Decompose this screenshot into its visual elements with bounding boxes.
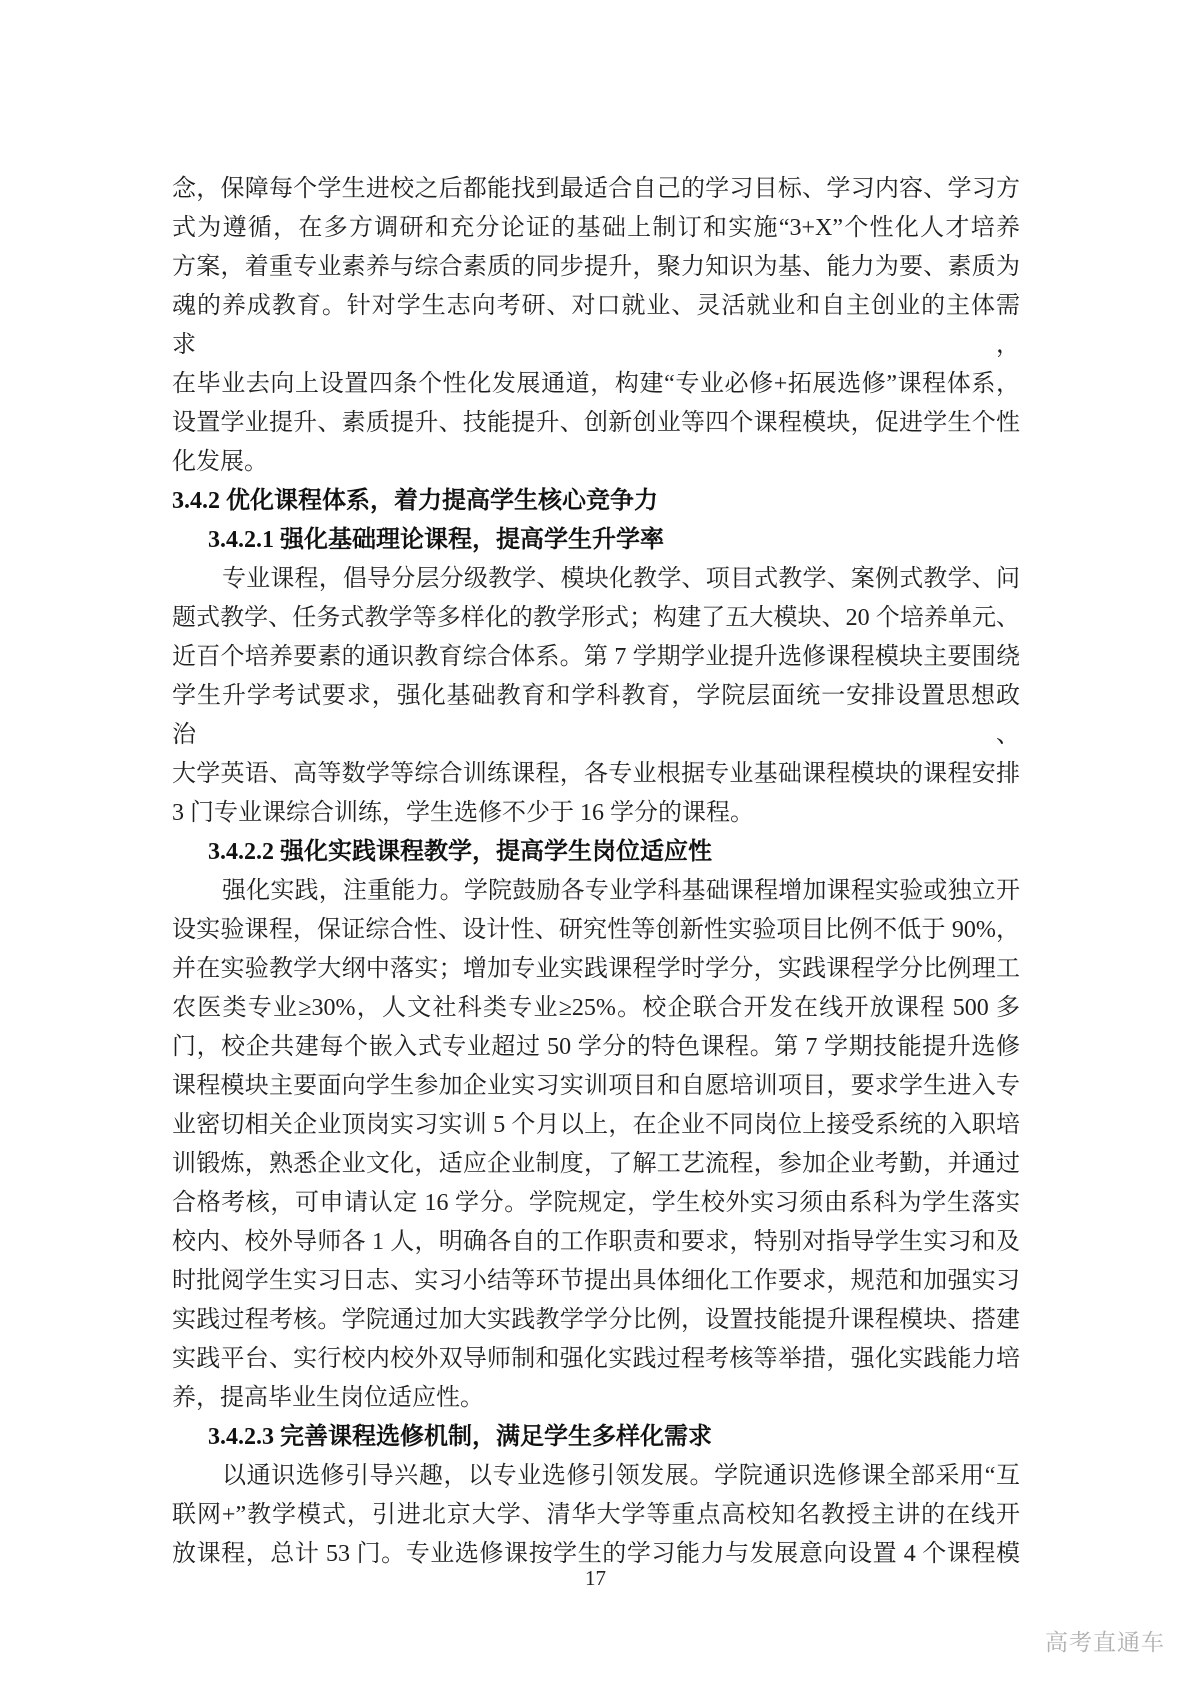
body-text-line: 设置学业提升、素质提升、技能提升、创新创业等四个课程模块，促进学生个性 xyxy=(172,404,1020,443)
body-text-line: 以通识选修引导兴趣，以专业选修引领发展。学院通识选修课全部采用“互 xyxy=(172,1457,1020,1496)
body-text-line: 式为遵循，在多方调研和充分论证的基础上制订和实施“3+X”个性化人才培养 xyxy=(172,209,1020,248)
body-text-line: 校内、校外导师各 1 人，明确各自的工作职责和要求，特别对指导学生实习和及 xyxy=(172,1223,1020,1262)
body-text-line: 业密切相关企业顶岗实习实训 5 个月以上，在企业不同岗位上接受系统的入职培 xyxy=(172,1106,1020,1145)
body-text-line: 魂的养成教育。针对学生志向考研、对口就业、灵活就业和自主创业的主体需求， xyxy=(172,287,1020,365)
body-text-line: 近百个培养要素的通识教育综合体系。第 7 学期学业提升选修课程模块主要围绕 xyxy=(172,638,1020,677)
body-text-line: 念，保障每个学生进校之后都能找到最适合自己的学习目标、学习内容、学习方 xyxy=(172,170,1020,209)
body-text-line: 大学英语、高等数学等综合训练课程，各专业根据专业基础课程模块的课程安排 xyxy=(172,755,1020,794)
body-text-line: 化发展。 xyxy=(172,443,1020,482)
watermark: 高考直通车 xyxy=(1045,1628,1165,1656)
body-text-line: 在毕业去向上设置四条个性化发展通道，构建“专业必修+拓展选修”课程体系， xyxy=(172,365,1020,404)
subsection-heading-3-4-2-1: 3.4.2.1 强化基础理论课程，提高学生升学率 xyxy=(172,521,1020,560)
body-text-line: 强化实践，注重能力。学院鼓励各专业学科基础课程增加课程实验或独立开 xyxy=(172,872,1020,911)
section-heading-3-4-2: 3.4.2 优化课程体系，着力提高学生核心竞争力 xyxy=(172,482,1020,521)
body-text-line: 养，提高毕业生岗位适应性。 xyxy=(172,1379,1020,1418)
body-text-line: 3 门专业课综合训练，学生选修不少于 16 学分的课程。 xyxy=(172,794,1020,833)
subsection-heading-3-4-2-2: 3.4.2.2 强化实践课程教学，提高学生岗位适应性 xyxy=(172,833,1020,872)
document-page: 念，保障每个学生进校之后都能找到最适合自己的学习目标、学习内容、学习方 式为遵循… xyxy=(0,0,1191,1684)
body-text-line: 专业课程，倡导分层分级教学、模块化教学、项目式教学、案例式教学、问 xyxy=(172,560,1020,599)
body-text-line: 并在实验教学大纲中落实；增加专业实践课程学时学分，实践课程学分比例理工 xyxy=(172,950,1020,989)
body-text-line: 题式教学、任务式教学等多样化的教学形式；构建了五大模块、20 个培养单元、 xyxy=(172,599,1020,638)
body-text-line: 门，校企共建每个嵌入式专业超过 50 学分的特色课程。第 7 学期技能提升选修 xyxy=(172,1028,1020,1067)
body-text-line: 时批阅学生实习日志、实习小结等环节提出具体细化工作要求，规范和加强实习 xyxy=(172,1262,1020,1301)
body-text-line: 实践平台、实行校内校外双导师制和强化实践过程考核等举措，强化实践能力培 xyxy=(172,1340,1020,1379)
document-body: 念，保障每个学生进校之后都能找到最适合自己的学习目标、学习内容、学习方 式为遵循… xyxy=(172,170,1020,1574)
body-text-line: 农医类专业≥30%，人文社科类专业≥25%。校企联合开发在线开放课程 500 多 xyxy=(172,989,1020,1028)
body-text-line: 训锻炼，熟悉企业文化，适应企业制度，了解工艺流程，参加企业考勤，并通过 xyxy=(172,1145,1020,1184)
body-text-line: 联网+”教学模式，引进北京大学、清华大学等重点高校知名教授主讲的在线开 xyxy=(172,1496,1020,1535)
body-text-line: 学生升学考试要求，强化基础教育和学科教育，学院层面统一安排设置思想政治、 xyxy=(172,677,1020,755)
subsection-heading-3-4-2-3: 3.4.2.3 完善课程选修机制，满足学生多样化需求 xyxy=(172,1418,1020,1457)
page-number: 17 xyxy=(0,1565,1191,1591)
body-text-line: 方案，着重专业素养与综合素质的同步提升，聚力知识为基、能力为要、素质为 xyxy=(172,248,1020,287)
body-text-line: 实践过程考核。学院通过加大实践教学学分比例，设置技能提升课程模块、搭建 xyxy=(172,1301,1020,1340)
body-text-line: 合格考核，可申请认定 16 学分。学院规定，学生校外实习须由系科为学生落实 xyxy=(172,1184,1020,1223)
body-text-line: 课程模块主要面向学生参加企业实习实训项目和自愿培训项目，要求学生进入专 xyxy=(172,1067,1020,1106)
body-text-line: 设实验课程，保证综合性、设计性、研究性等创新性实验项目比例不低于 90%， xyxy=(172,911,1020,950)
